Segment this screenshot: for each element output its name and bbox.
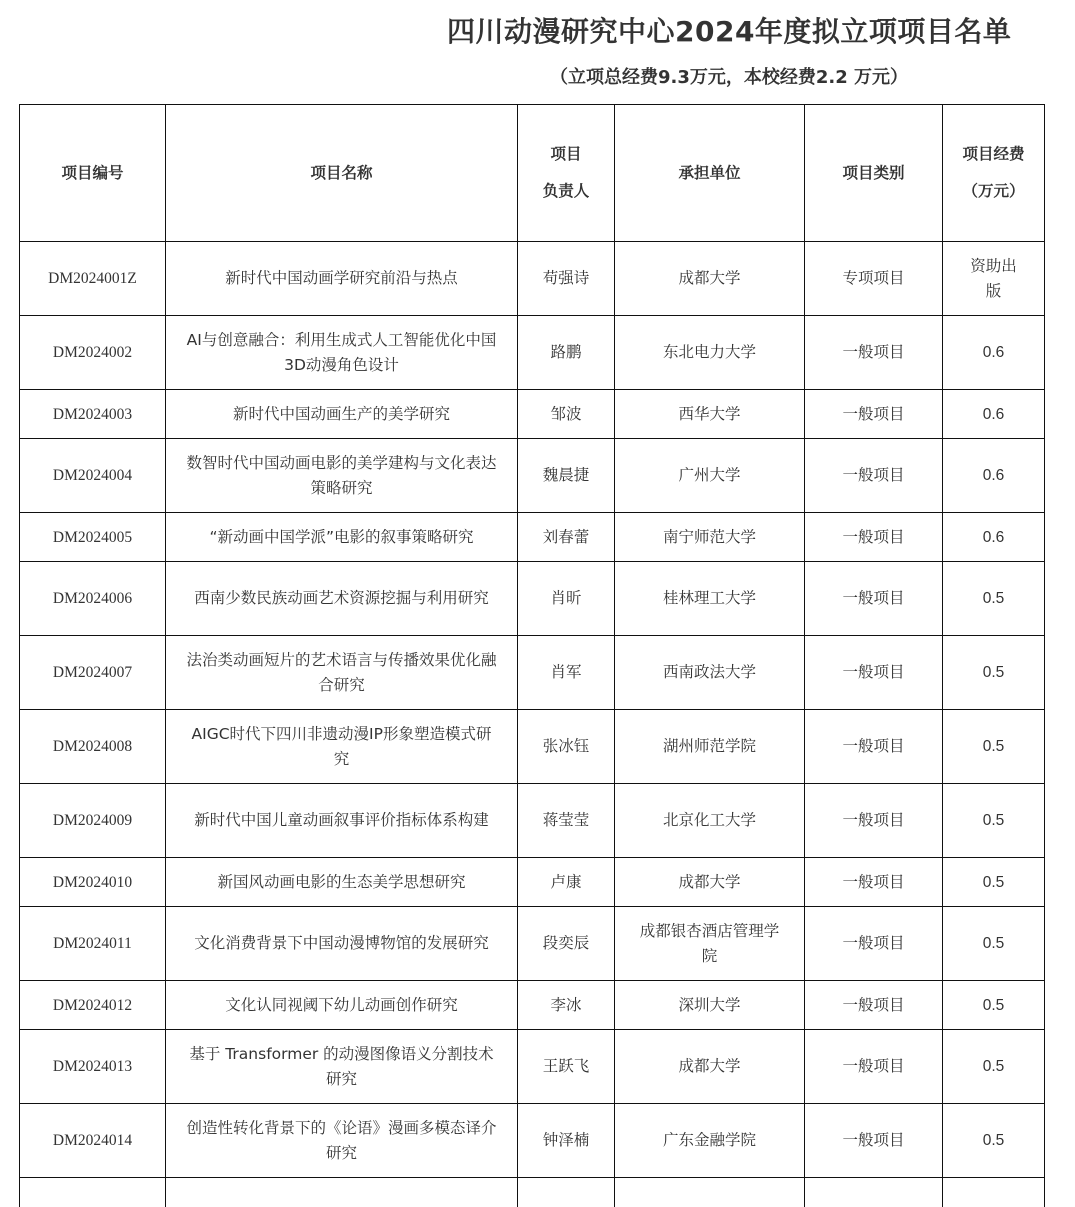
cell-project-code: DM2024011 (20, 907, 166, 981)
cell-empty (943, 1178, 1045, 1207)
cell-project-category: 一般项目 (805, 1104, 943, 1178)
table-row: DM2024010 新国风动画电影的生态美学思想研究 卢康 成都大学 一般项目 … (20, 858, 1045, 907)
table-row-partial (20, 1178, 1045, 1207)
cell-project-lead: 刘春蕾 (518, 513, 615, 562)
cell-project-category: 一般项目 (805, 562, 943, 636)
cell-project-code: DM2024005 (20, 513, 166, 562)
cell-project-code: DM2024002 (20, 316, 166, 390)
cell-project-fund: 0.6 (943, 390, 1045, 439)
cell-project-category: 一般项目 (805, 981, 943, 1030)
cell-host-unit: 广州大学 (615, 439, 805, 513)
cell-project-fund: 0.5 (943, 1104, 1045, 1178)
cell-project-name: 西南少数民族动画艺术资源挖掘与利用研究 (166, 562, 518, 636)
cell-project-code: DM2024012 (20, 981, 166, 1030)
cell-host-unit: 北京化工大学 (615, 784, 805, 858)
cell-project-name: 文化认同视阈下幼儿动画创作研究 (166, 981, 518, 1030)
cell-project-category: 一般项目 (805, 636, 943, 710)
table-row: DM2024007 法治类动画短片的艺术语言与传播效果优化融合研究 肖军 西南政… (20, 636, 1045, 710)
cell-project-fund: 0.6 (943, 439, 1045, 513)
cell-project-lead: 蒋莹莹 (518, 784, 615, 858)
cell-project-fund: 0.5 (943, 981, 1045, 1030)
cell-project-lead: 路鹏 (518, 316, 615, 390)
cell-host-unit: 西华大学 (615, 390, 805, 439)
cell-project-category: 一般项目 (805, 439, 943, 513)
cell-project-category: 一般项目 (805, 784, 943, 858)
cell-project-lead: 李冰 (518, 981, 615, 1030)
table-row: DM2024014 创造性转化背景下的《论语》漫画多模态译介研究 钟泽楠 广东金… (20, 1104, 1045, 1178)
cell-project-name: AI与创意融合：利用生成式人工智能优化中国3D动漫角色设计 (166, 316, 518, 390)
cell-project-code: DM2024009 (20, 784, 166, 858)
cell-project-category: 一般项目 (805, 710, 943, 784)
project-list-table: 项目编号 项目名称 项目 负责人 承担单位 项目类别 项目经费 （万元） DM2… (19, 104, 1045, 1207)
cell-host-unit: 南宁师范大学 (615, 513, 805, 562)
funding-summary: （立项总经费9.3万元，本校经费2.2 万元） (550, 64, 908, 92)
cell-project-code: DM2024014 (20, 1104, 166, 1178)
cell-project-category: 一般项目 (805, 390, 943, 439)
cell-host-unit: 深圳大学 (615, 981, 805, 1030)
cell-empty (615, 1178, 805, 1207)
cell-host-unit: 东北电力大学 (615, 316, 805, 390)
cell-project-fund: 0.5 (943, 907, 1045, 981)
table-header-row: 项目编号 项目名称 项目 负责人 承担单位 项目类别 项目经费 （万元） (20, 105, 1045, 242)
table-row: DM2024012 文化认同视阈下幼儿动画创作研究 李冰 深圳大学 一般项目 0… (20, 981, 1045, 1030)
cell-project-lead: 魏晨捷 (518, 439, 615, 513)
table-row: DM2024004 数智时代中国动画电影的美学建构与文化表达策略研究 魏晨捷 广… (20, 439, 1045, 513)
cell-host-unit: 广东金融学院 (615, 1104, 805, 1178)
cell-empty (518, 1178, 615, 1207)
cell-project-code: DM2024007 (20, 636, 166, 710)
cell-project-category: 一般项目 (805, 316, 943, 390)
cell-project-lead: 钟泽楠 (518, 1104, 615, 1178)
cell-project-name: 新国风动画电影的生态美学思想研究 (166, 858, 518, 907)
cell-host-unit: 成都银杏酒店管理学院 (615, 907, 805, 981)
cell-project-category: 一般项目 (805, 513, 943, 562)
cell-project-fund: 0.5 (943, 784, 1045, 858)
cell-project-fund: 0.5 (943, 636, 1045, 710)
header-lead-line2: 负责人 (543, 182, 590, 200)
cell-empty (20, 1178, 166, 1207)
cell-project-name: 数智时代中国动画电影的美学建构与文化表达策略研究 (166, 439, 518, 513)
cell-project-lead: 卢康 (518, 858, 615, 907)
table-row: DM2024003 新时代中国动画生产的美学研究 邹波 西华大学 一般项目 0.… (20, 390, 1045, 439)
cell-project-fund: 0.6 (943, 513, 1045, 562)
table-row: DM2024013 基于 Transformer 的动漫图像语义分割技术研究 王… (20, 1030, 1045, 1104)
header-fund-line1: 项目经费 (962, 145, 1024, 163)
cell-project-lead: 段奕辰 (518, 907, 615, 981)
cell-project-category: 一般项目 (805, 858, 943, 907)
table-row: DM2024005 “新动画中国学派”电影的叙事策略研究 刘春蕾 南宁师范大学 … (20, 513, 1045, 562)
cell-host-unit: 西南政法大学 (615, 636, 805, 710)
cell-project-fund: 0.5 (943, 1030, 1045, 1104)
cell-project-code: DM2024004 (20, 439, 166, 513)
cell-project-fund: 资助出版 (943, 242, 1045, 316)
cell-project-lead: 王跃飞 (518, 1030, 615, 1104)
header-fund-line2: （万元） (962, 182, 1024, 200)
table-row: DM2024006 西南少数民族动画艺术资源挖掘与利用研究 肖昕 桂林理工大学 … (20, 562, 1045, 636)
cell-project-category: 专项项目 (805, 242, 943, 316)
cell-project-name: 文化消费背景下中国动漫博物馆的发展研究 (166, 907, 518, 981)
cell-empty (805, 1178, 943, 1207)
cell-empty (166, 1178, 518, 1207)
cell-project-name: 基于 Transformer 的动漫图像语义分割技术研究 (166, 1030, 518, 1104)
cell-project-code: DM2024006 (20, 562, 166, 636)
cell-project-category: 一般项目 (805, 907, 943, 981)
table-row: DM2024001Z 新时代中国动画学研究前沿与热点 苟强诗 成都大学 专项项目… (20, 242, 1045, 316)
cell-project-lead: 苟强诗 (518, 242, 615, 316)
cell-project-code: DM2024013 (20, 1030, 166, 1104)
header-host-unit: 承担单位 (615, 105, 805, 242)
table-row: DM2024002 AI与创意融合：利用生成式人工智能优化中国3D动漫角色设计 … (20, 316, 1045, 390)
cell-project-fund: 0.5 (943, 710, 1045, 784)
cell-project-lead: 肖昕 (518, 562, 615, 636)
header-project-lead: 项目 负责人 (518, 105, 615, 242)
cell-project-name: 创造性转化背景下的《论语》漫画多模态译介研究 (166, 1104, 518, 1178)
header-project-code: 项目编号 (20, 105, 166, 242)
cell-project-name: 新时代中国动画生产的美学研究 (166, 390, 518, 439)
cell-project-name: 新时代中国动画学研究前沿与热点 (166, 242, 518, 316)
cell-project-lead: 张冰钰 (518, 710, 615, 784)
header-lead-line1: 项目 (550, 145, 581, 163)
cell-project-category: 一般项目 (805, 1030, 943, 1104)
cell-project-fund: 0.6 (943, 316, 1045, 390)
cell-host-unit: 成都大学 (615, 242, 805, 316)
cell-host-unit: 湖州师范学院 (615, 710, 805, 784)
cell-project-fund: 0.5 (943, 858, 1045, 907)
cell-host-unit: 成都大学 (615, 1030, 805, 1104)
cell-project-code: DM2024001Z (20, 242, 166, 316)
cell-project-code: DM2024008 (20, 710, 166, 784)
cell-project-name: 新时代中国儿童动画叙事评价指标体系构建 (166, 784, 518, 858)
header-project-fund: 项目经费 （万元） (943, 105, 1045, 242)
cell-project-name: AIGC时代下四川非遗动漫IP形象塑造模式研究 (166, 710, 518, 784)
table-row: DM2024009 新时代中国儿童动画叙事评价指标体系构建 蒋莹莹 北京化工大学… (20, 784, 1045, 858)
header-project-name: 项目名称 (166, 105, 518, 242)
page-title: 四川动漫研究中心2024年度拟立项项目名单 (447, 12, 1047, 52)
cell-host-unit: 成都大学 (615, 858, 805, 907)
cell-project-code: DM2024003 (20, 390, 166, 439)
cell-project-lead: 邹波 (518, 390, 615, 439)
header-project-category: 项目类别 (805, 105, 943, 242)
table-row: DM2024011 文化消费背景下中国动漫博物馆的发展研究 段奕辰 成都银杏酒店… (20, 907, 1045, 981)
cell-project-code: DM2024010 (20, 858, 166, 907)
cell-project-name: “新动画中国学派”电影的叙事策略研究 (166, 513, 518, 562)
table-row: DM2024008 AIGC时代下四川非遗动漫IP形象塑造模式研究 张冰钰 湖州… (20, 710, 1045, 784)
cell-project-fund: 0.5 (943, 562, 1045, 636)
cell-project-name: 法治类动画短片的艺术语言与传播效果优化融合研究 (166, 636, 518, 710)
cell-project-lead: 肖军 (518, 636, 615, 710)
cell-host-unit: 桂林理工大学 (615, 562, 805, 636)
